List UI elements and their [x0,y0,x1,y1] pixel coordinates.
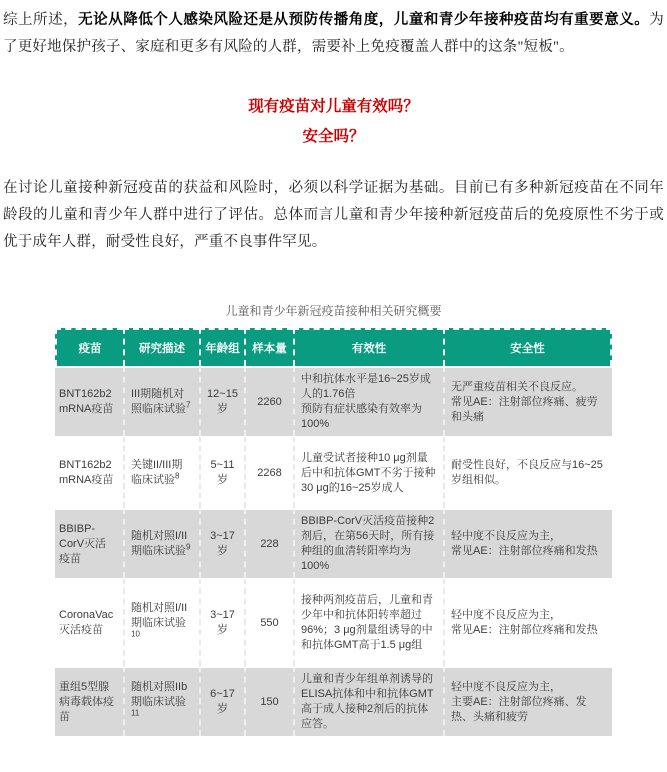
study-description: 随机对照I/II期临床试验 [131,530,187,557]
study-reference-superscript: 10 [131,629,140,638]
section-heading-line1: 现有疫苗对儿童有效吗？ [3,92,664,122]
cell-vaccine: BNT162b2 mRNA疫苗 [55,366,123,436]
cell-study: 随机对照I/II期临床试验10 [123,578,199,666]
table-title: 儿童和青少年新冠疫苗接种相关研究概要 [3,302,664,319]
cell-safety: 轻中度不良反应为主， 常见AE：注射部位疼痛和发热 [443,508,612,578]
table-header-row: 疫苗 研究描述 年龄组 样本量 有效性 安全性 [55,328,612,366]
article-page: 综上所述，无论从降低个人感染风险还是从预防传播角度，儿童和青少年接种疫苗均有重要… [0,0,667,756]
intro-paragraph: 综上所述，无论从降低个人感染风险还是从预防传播角度，儿童和青少年接种疫苗均有重要… [3,7,664,61]
cell-safety: 无严重疫苗相关不良反应。 常见AE：注射部位疼痛、疲劳和头痛 [443,366,612,436]
col-header-sample: 样本量 [244,328,293,366]
cell-age-group: 5~11岁 [199,436,244,508]
col-header-safety: 安全性 [443,328,612,366]
cell-study: 随机对照I/II期临床试验9 [123,508,199,578]
study-description: III期随机对照临床试验 [131,388,186,415]
cell-efficacy: 中和抗体水平是16~25岁成人的1.76倍 预防有症状感染有效率为100% [293,366,443,436]
table-row: BNT162b2 mRNA疫苗 关键II/III期临床试验8 5~11岁 226… [55,436,612,508]
cell-vaccine: 重组5型腺病毒载体疫苗 [55,666,123,736]
cell-vaccine: BBIBP-CorV灭活疫苗 [55,508,123,578]
cell-study: III期随机对照临床试验7 [123,366,199,436]
study-reference-superscript: 8 [175,471,179,480]
table-row: 重组5型腺病毒载体疫苗 随机对照IIb期临床试验11 6~17岁 150 儿童和… [55,666,612,736]
study-description: 随机对照IIb期临床试验 [131,681,187,708]
intro-text-prefix: 综上所述， [3,12,78,28]
cell-age-group: 3~17岁 [199,508,244,578]
intro-text-bold: 无论从降低个人感染风险还是从预防传播角度，儿童和青少年接种疫苗均有重要意义。 [78,12,649,28]
cell-safety: 轻中度不良反应为主， 主要AE：注射部位疼痛、发热、头痛和疲劳 [443,666,612,736]
col-header-study: 研究描述 [123,328,199,366]
col-header-vaccine: 疫苗 [55,328,123,366]
col-header-efficacy: 有效性 [293,328,443,366]
body-paragraph: 在讨论儿童接种新冠疫苗的获益和风险时，必须以科学证据为基础。目前已有多种新冠疫苗… [3,175,664,256]
study-description: 随机对照I/II期临床试验 [131,602,187,629]
cell-vaccine: BNT162b2 mRNA疫苗 [55,436,123,508]
cell-efficacy: 儿童和青少年组单剂诱导的ELISA抗体和中和抗体GMT高于成人接种2剂后的抗体应… [293,666,443,736]
cell-age-group: 12~15岁 [199,366,244,436]
cell-vaccine: CoronaVac灭活疫苗 [55,578,123,666]
study-reference-superscript: 9 [186,542,190,551]
cell-sample-size: 2268 [244,436,293,508]
table-row: BBIBP-CorV灭活疫苗 随机对照I/II期临床试验9 3~17岁 228 … [55,508,612,578]
table-row: BNT162b2 mRNA疫苗 III期随机对照临床试验7 12~15岁 226… [55,366,612,436]
cell-study: 关键II/III期临床试验8 [123,436,199,508]
cell-safety: 轻中度不良反应为主， 常见AE：注射部位疼痛和发热 [443,578,612,666]
table-row: CoronaVac灭活疫苗 随机对照I/II期临床试验10 3~17岁 550 … [55,578,612,666]
section-heading: 现有疫苗对儿童有效吗？ 安全吗？ [3,92,664,152]
cell-efficacy: 儿童受试者接种10 μg剂量后中和抗体GMT不劣于接种30 μg的16~25岁成… [293,436,443,508]
vaccine-study-table: 疫苗 研究描述 年龄组 样本量 有效性 安全性 BNT162b2 mRNA疫苗 … [55,328,612,736]
study-reference-superscript: 7 [186,400,190,409]
study-reference-superscript: 11 [131,708,139,717]
cell-sample-size: 550 [244,578,293,666]
cell-sample-size: 150 [244,666,293,736]
cell-sample-size: 2260 [244,366,293,436]
cell-efficacy: 接种两剂疫苗后，儿童和青少年中和抗体阳转率超过96%；3 μg剂量组诱导的中和抗… [293,578,443,666]
col-header-age: 年龄组 [199,328,244,366]
section-heading-line2: 安全吗？ [3,122,664,152]
cell-age-group: 6~17岁 [199,666,244,736]
cell-safety: 耐受性良好，不良反应与16~25岁组相似。 [443,436,612,508]
cell-study: 随机对照IIb期临床试验11 [123,666,199,736]
cell-efficacy: BBIBP-CorV灭活疫苗接种2剂后，在第56天时，所有接种组的血清转阳率均为… [293,508,443,578]
cell-age-group: 3~17岁 [199,578,244,666]
cell-sample-size: 228 [244,508,293,578]
